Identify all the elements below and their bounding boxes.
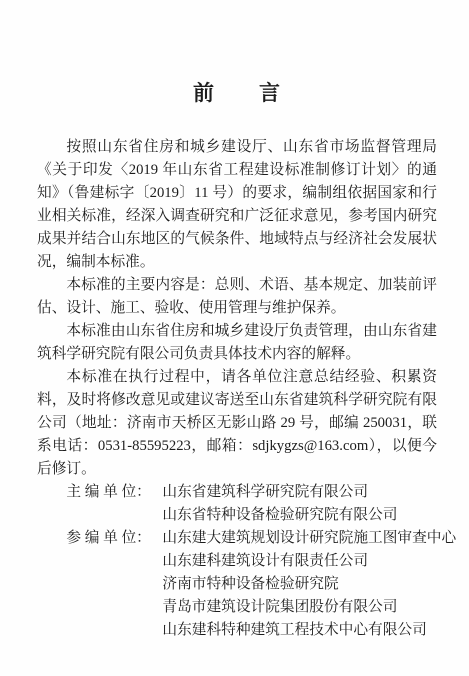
page-title: 前 言 [37, 80, 437, 106]
chief-editor-unit: 山东省建筑科学研究院有限公司 [162, 481, 368, 504]
preface-body: 按照山东省住房和城乡建设厅、山东省市场监督管理局《关于印发〈2019 年山东省工… [37, 136, 437, 642]
preface-paragraph: 本标准的主要内容是：总则、术语、基本规定、加装前评估、设计、施工、验收、使用管理… [37, 274, 437, 320]
participating-editor-unit: 山东建科特种建筑工程技术中心有限公司 [162, 619, 426, 642]
editing-units-block: 主 编 单 位： 山东省建筑科学研究院有限公司 山东省特种设备检验研究院有限公司… [37, 481, 437, 642]
chief-editor-row: 山东省特种设备检验研究院有限公司 [66, 504, 437, 527]
preface-paragraph: 本标准在执行过程中，请各单位注意总结经验、积累资料，及时将修改意见或建议寄送至山… [37, 366, 437, 481]
participating-editor-label: 参 编 单 位： [66, 527, 162, 550]
participating-editor-row: 山东建科特种建筑工程技术中心有限公司 [66, 619, 437, 642]
participating-editor-row: 济南市特种设备检验研究院 [66, 573, 437, 596]
preface-paragraph: 本标准由山东省住房和城乡建设厅负责管理，由山东省建筑科学研究院有限公司负责具体技… [37, 320, 437, 366]
chief-editor-unit: 山东省特种设备检验研究院有限公司 [162, 504, 397, 527]
participating-editor-unit: 济南市特种设备检验研究院 [162, 573, 338, 596]
chief-editor-row: 主 编 单 位： 山东省建筑科学研究院有限公司 [66, 481, 437, 504]
participating-editor-row: 山东建科建筑设计有限责任公司 [66, 550, 437, 573]
chief-editor-label: 主 编 单 位： [66, 481, 162, 504]
participating-editor-row: 参 编 单 位： 山东建大建筑规划设计研究院施工图审查中心 [66, 527, 437, 550]
participating-editor-row: 青岛市建筑设计院集团股份有限公司 [66, 596, 437, 619]
participating-editor-unit: 山东建科建筑设计有限责任公司 [162, 550, 368, 573]
document-page: 前 言 按照山东省住房和城乡建设厅、山东省市场监督管理局《关于印发〈2019 年… [0, 0, 469, 676]
preface-paragraph: 按照山东省住房和城乡建设厅、山东省市场监督管理局《关于印发〈2019 年山东省工… [37, 136, 437, 274]
participating-editor-unit: 山东建大建筑规划设计研究院施工图审查中心 [162, 527, 456, 550]
participating-editor-unit: 青岛市建筑设计院集团股份有限公司 [162, 596, 397, 619]
